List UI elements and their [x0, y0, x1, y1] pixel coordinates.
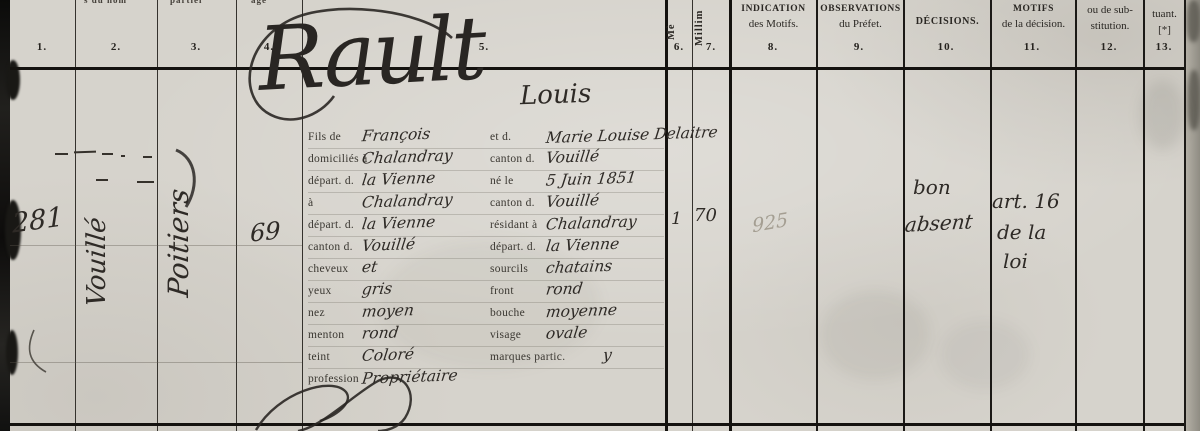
field-label: et d.: [490, 131, 511, 143]
field-label: à: [308, 197, 313, 209]
column-divider: [990, 0, 992, 431]
header-metres: Mè: [666, 0, 690, 40]
decision-line1: bon: [913, 175, 951, 199]
column-number: 3.: [181, 41, 211, 53]
canton-vertical: Vouillé: [82, 175, 112, 348]
page-edge-stain: [1187, 0, 1200, 42]
column-divider: [75, 0, 76, 431]
header-substitution: ou de sub- stitution.: [1077, 4, 1143, 32]
column-divider: [1143, 0, 1145, 431]
field-value-handwritten: la Vienne: [361, 169, 437, 190]
field-label: Fils de: [308, 131, 341, 143]
field-label: bouche: [490, 307, 525, 319]
detail-row: domiciliés à Chalandray canton d. Vouill…: [308, 149, 664, 171]
field-value-handwritten: la Vienne: [361, 213, 437, 234]
row-divider-rule: [10, 423, 1184, 426]
detail-row: Fils de François et d. Marie Louise Dela…: [308, 127, 664, 149]
header-line: du Préfet.: [818, 18, 903, 30]
field-value-handwritten: y: [602, 346, 613, 364]
header-millimetres: Millim: [694, 0, 722, 46]
column-divider: [1075, 0, 1077, 431]
paper-stain: [820, 290, 930, 380]
header-line: OBSERVATIONS: [818, 4, 903, 14]
field-label: front: [490, 285, 514, 297]
field-value-handwritten: Vouillé: [545, 191, 600, 211]
chef-lieu-vertical: Poitiers: [162, 136, 198, 350]
header-decisions: DÉCISIONS.: [905, 16, 990, 27]
details-block: Fils de François et d. Marie Louise Dela…: [308, 127, 664, 390]
detail-row: départ. d. la Vienne résidant à Chalandr…: [308, 215, 664, 237]
height-millimetres: 70: [694, 205, 717, 226]
column-number: 7.: [696, 41, 726, 53]
column-divider: [157, 0, 158, 431]
height-metres: 1: [671, 209, 682, 229]
field-value-handwritten: Coloré: [361, 345, 415, 365]
field-value-handwritten: moyen: [361, 301, 415, 321]
column-divider: [816, 0, 818, 431]
field-label: marques partic.: [490, 351, 565, 363]
field-label: né le: [490, 175, 514, 187]
column-number: 6.: [664, 41, 694, 53]
tirage-number: 69: [250, 216, 280, 247]
draw-number: 281: [12, 201, 64, 239]
column-number: 13.: [1149, 41, 1179, 53]
ditto-mark: [102, 153, 113, 155]
field-value-handwritten: Chalandray: [361, 146, 454, 167]
field-value-handwritten: gris: [361, 279, 393, 298]
field-label: profession: [308, 373, 359, 385]
field-label: départ. d.: [308, 219, 354, 231]
page-edge: [1186, 0, 1200, 431]
field-label: yeux: [308, 285, 332, 297]
field-value-handwritten: Chalandray: [361, 190, 454, 211]
field-label: départ. d.: [308, 175, 354, 187]
field-label: sourcils: [490, 263, 528, 275]
pen-stroke: [30, 330, 46, 372]
paper-stain: [1140, 80, 1185, 150]
ditto-mark: [74, 151, 96, 154]
header-fragment: partiel: [170, 0, 203, 5]
field-value-handwritten: rond: [361, 323, 400, 342]
field-label: teint: [308, 351, 330, 363]
header-line: ou de sub-: [1077, 4, 1143, 16]
field-label: menton: [308, 329, 344, 341]
field-label: canton d.: [308, 241, 353, 253]
guide-line: [10, 362, 302, 363]
field-value-handwritten: Vouillé: [545, 147, 600, 167]
motifs-line2: de la: [997, 220, 1046, 244]
header-rule: [10, 67, 1184, 70]
column-divider: [665, 0, 668, 431]
detail-row: profession Propriétaire: [308, 369, 664, 390]
field-label: visage: [490, 329, 521, 341]
indication-motifs-pencil: 925: [752, 209, 788, 238]
header-line: stitution.: [1077, 20, 1143, 32]
paper-stain: [940, 320, 1030, 390]
field-value-handwritten: Vouillé: [361, 235, 416, 255]
ditto-mark: [137, 181, 154, 183]
field-value-handwritten: la Vienne: [545, 235, 621, 256]
field-label: canton d.: [490, 153, 535, 165]
field-value-handwritten: 5 Juin 1851: [545, 168, 637, 189]
field-label: cheveux: [308, 263, 348, 275]
detail-row: canton d. Vouillé départ. d. la Vienne: [308, 237, 664, 259]
motifs-line1: art. 16: [992, 189, 1060, 213]
column-number: 9.: [844, 41, 874, 53]
column-number: 12.: [1094, 41, 1124, 53]
detail-row: teint Coloré marques partic. y: [308, 347, 664, 369]
column-number: 8.: [758, 41, 788, 53]
detail-row: yeux gris front rond: [308, 281, 664, 303]
column-number: 2.: [101, 41, 131, 53]
motifs-line3: loi: [1003, 249, 1028, 273]
header-line: MOTIFS: [992, 4, 1075, 14]
field-label: canton d.: [490, 197, 535, 209]
header-observations-prefet: OBSERVATIONS du Préfet.: [818, 4, 903, 30]
ditto-mark: [55, 153, 68, 155]
register-page-scan: s du nom partiel age Mè Millim INDICATIO…: [0, 0, 1200, 431]
binding-stain: [6, 330, 18, 375]
field-value-handwritten: moyenne: [545, 301, 618, 322]
ditto-mark: [96, 179, 108, 181]
column-divider: [236, 0, 237, 431]
header-indication-motifs: INDICATION des Motifs.: [731, 4, 816, 30]
field-value-handwritten: ovale: [545, 323, 589, 343]
detail-row: nez moyen bouche moyenne: [308, 303, 664, 325]
field-value-handwritten: rond: [545, 279, 584, 298]
field-value-handwritten: François: [361, 125, 431, 145]
header-line: INDICATION: [731, 4, 816, 14]
field-label: domiciliés à: [308, 153, 368, 165]
header-line: DÉCISIONS.: [905, 16, 990, 27]
surname-handwritten: Rault: [255, 0, 486, 111]
field-value-handwritten: Propriétaire: [361, 366, 459, 387]
header-line: tuant.: [1145, 8, 1184, 20]
column-divider: [1184, 0, 1186, 431]
column-divider: [729, 0, 732, 431]
column-number: 1.: [27, 41, 57, 53]
field-label: départ. d.: [490, 241, 536, 253]
header-line: [*]: [1145, 24, 1184, 36]
column-number: 11.: [1017, 41, 1047, 53]
header-line: de la décision.: [992, 18, 1075, 30]
header-tuant: tuant. [*]: [1145, 8, 1184, 36]
header-fragment: age: [251, 0, 267, 5]
column-number: 10.: [931, 41, 961, 53]
detail-row: à Chalandray canton d. Vouillé: [308, 193, 664, 215]
column-divider: [692, 0, 693, 431]
detail-row: menton rond visage ovale: [308, 325, 664, 347]
field-label: nez: [308, 307, 325, 319]
field-value-handwritten: et: [361, 258, 379, 277]
decision-line2: absent: [904, 209, 974, 237]
column-divider: [903, 0, 905, 431]
header-line: des Motifs.: [731, 18, 816, 30]
binding-stain: [6, 60, 20, 100]
detail-row: départ. d. la Vienne né le 5 Juin 1851: [308, 171, 664, 193]
detail-row: cheveux et sourcils chatains: [308, 259, 664, 281]
header-fragment: s du nom: [84, 0, 127, 5]
page-edge-stain: [1188, 70, 1200, 130]
firstname-handwritten: Louis: [519, 79, 591, 111]
ditto-mark: [121, 155, 125, 157]
ditto-mark: [143, 156, 152, 158]
field-value-handwritten: Chalandray: [545, 212, 638, 233]
field-value-handwritten: chatains: [545, 257, 613, 277]
field-label: résidant à: [490, 219, 537, 231]
header-motifs-decision: MOTIFS de la décision.: [992, 4, 1075, 30]
